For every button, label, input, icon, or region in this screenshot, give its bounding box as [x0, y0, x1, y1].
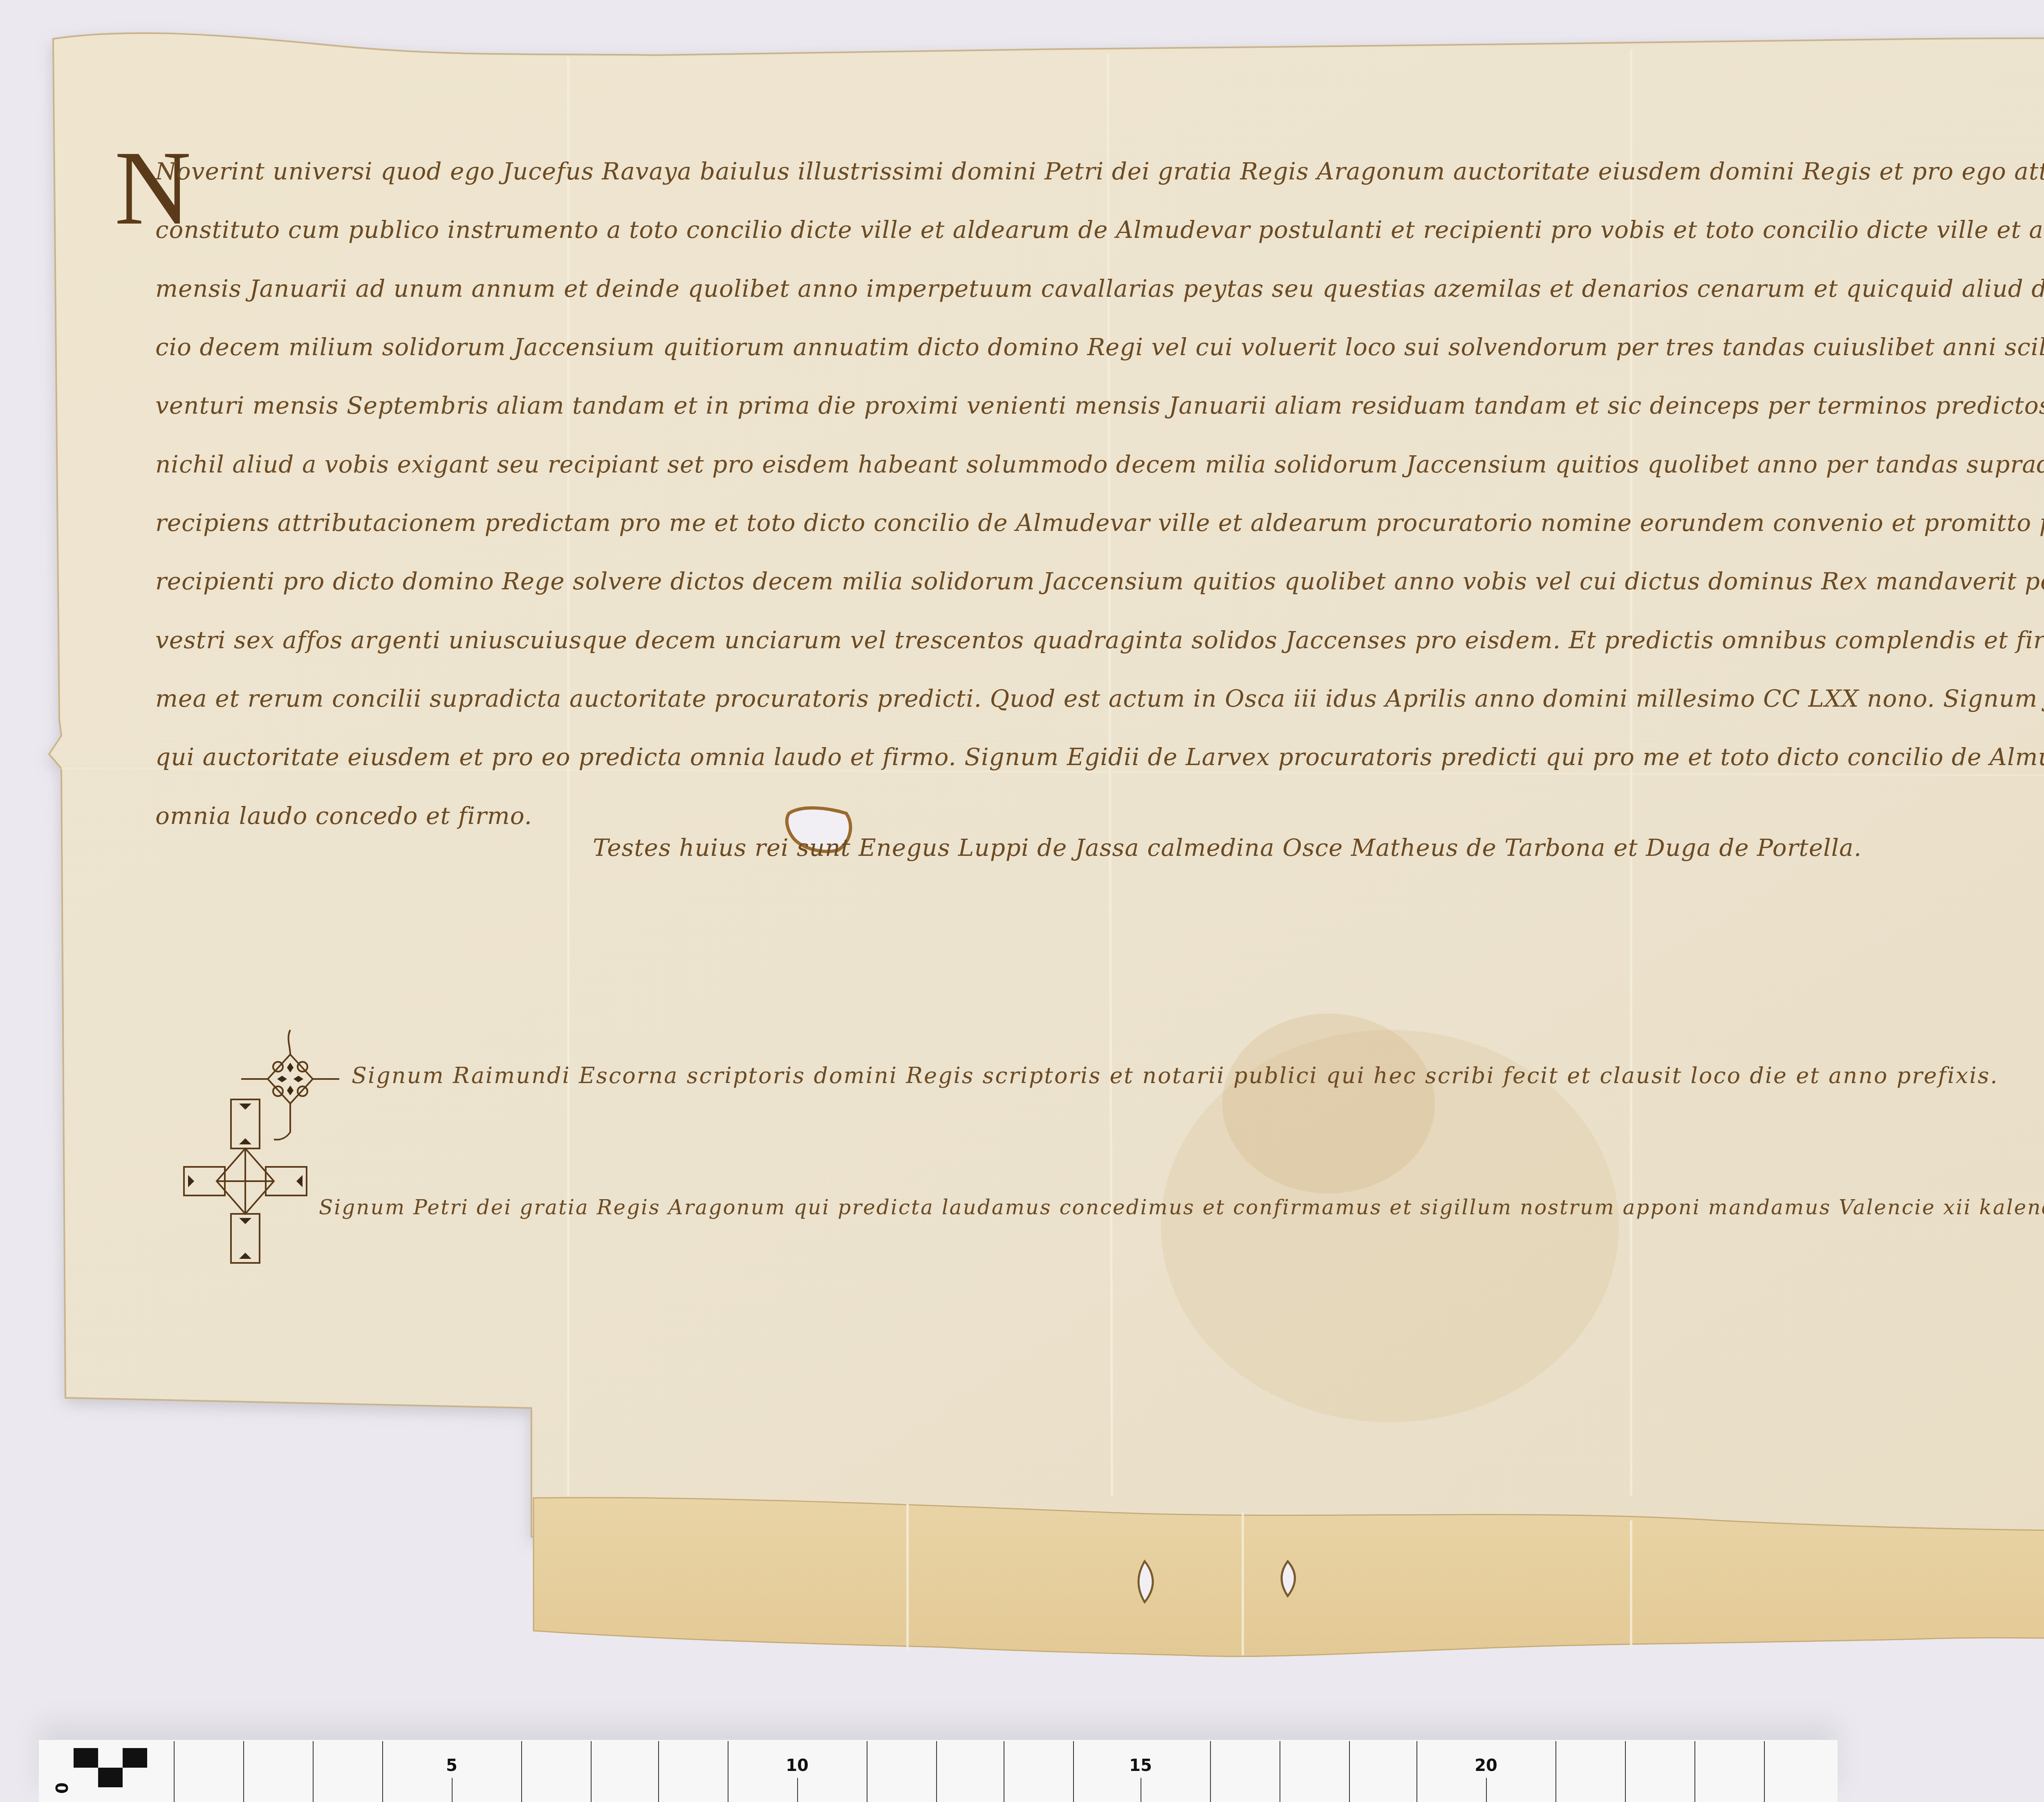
measurement-scale-ruler: 0 5 10 15 20	[39, 1739, 1838, 1802]
text-line-3: mensis Januarii ad unum annum et deinde …	[155, 275, 2044, 302]
text-line-5: venturi mensis Septembris aliam tandam e…	[155, 392, 2044, 419]
text-line-7: recipiens attributacionem predictam pro …	[155, 509, 2044, 537]
ruler-label-10: 10	[786, 1756, 809, 1775]
text-line-6: nichil aliud a vobis exigant seu recipia…	[155, 450, 2044, 478]
ruler-label-15: 15	[1129, 1756, 1152, 1775]
royal-cross-signum-icon	[172, 1095, 319, 1267]
text-line-8: recipienti pro dicto domino Rege solvere…	[155, 567, 2044, 595]
text-line-12: omnia laudo concedo et firmo.	[155, 802, 532, 830]
text-line-2: constituto cum publico instrumento a tot…	[155, 216, 2044, 244]
text-line-10: mea et rerum concilii supradicta auctori…	[155, 685, 2044, 712]
text-line-11: qui auctoritate eiusdem et pro eo predic…	[155, 743, 2044, 771]
ruler-label-5: 5	[446, 1756, 457, 1775]
text-line-9: vestri sex affos argenti uniuscuiusque d…	[155, 626, 2044, 654]
text-line-1: Noverint universi quod ego Jucefus Ravay…	[155, 157, 2044, 185]
witnesses-line: Testes huius rei sunt Enegus Luppi de Ja…	[593, 834, 1862, 862]
text-line-4: cio decem milium solidorum Jaccensium qu…	[155, 333, 2044, 361]
subscription-king: Signum Petri dei gratia Regis Aragonum q…	[319, 1195, 2044, 1219]
ruler-label-0: 0	[52, 1782, 70, 1794]
subscription-notary: Signum Raimundi Escorna scriptoris domin…	[352, 1063, 1999, 1088]
charter-text: N Noverint universi quod ego Jucefus Rav…	[0, 0, 2044, 1471]
ruler-label-20: 20	[1475, 1756, 1497, 1775]
manuscript-viewer: N Noverint universi quod ego Jucefus Rav…	[0, 0, 2044, 1802]
